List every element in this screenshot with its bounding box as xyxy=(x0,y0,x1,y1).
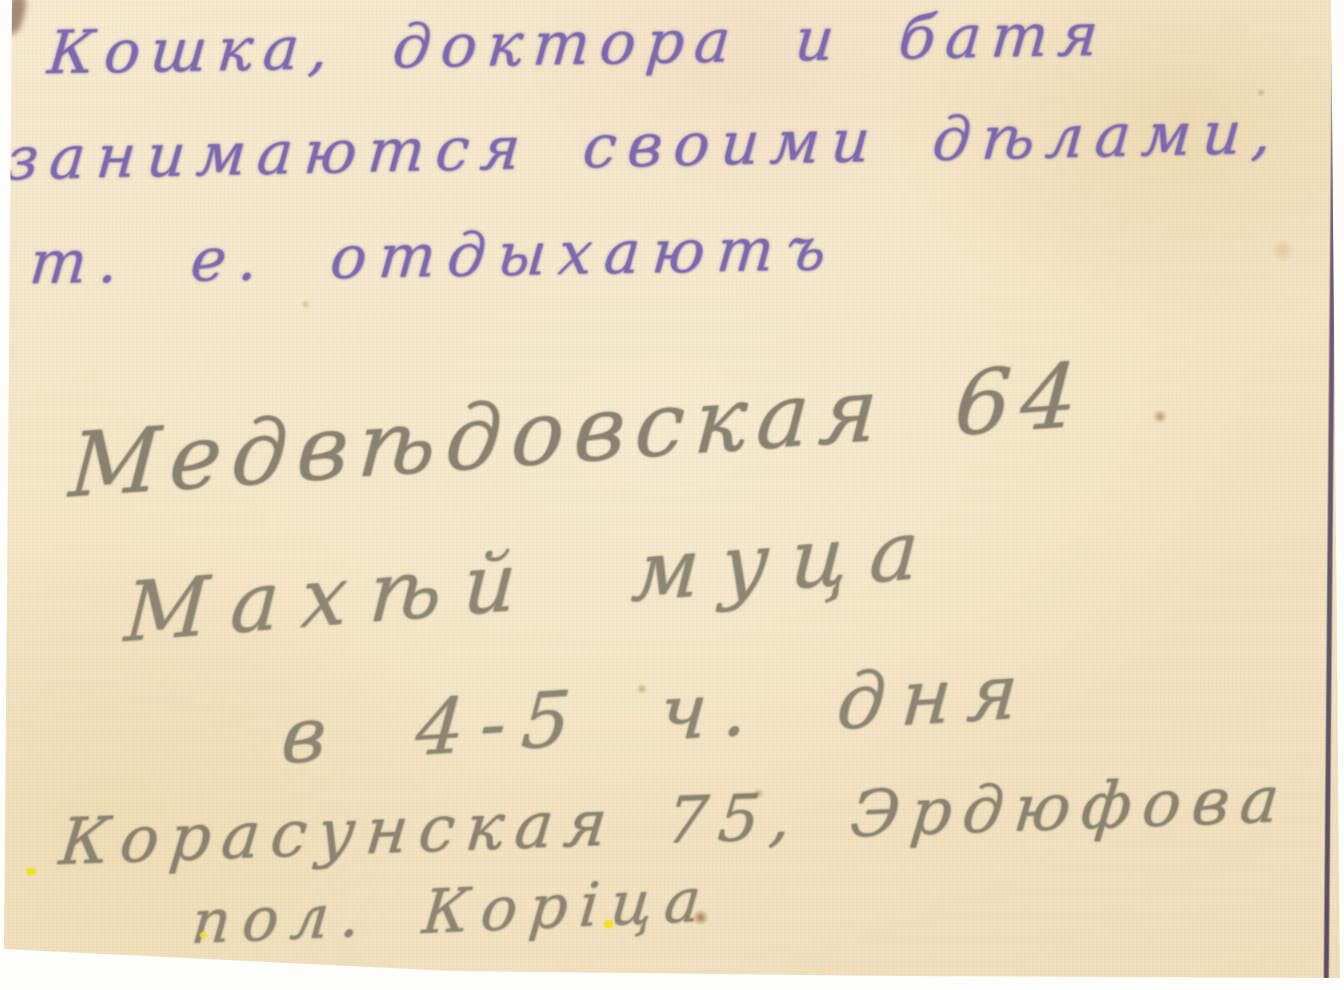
pencil-note-line-4: Корасунская 75, Эрдюфова xyxy=(56,763,1293,880)
yellow-speck xyxy=(26,868,36,875)
paper-stain xyxy=(1152,410,1168,423)
violet-note-line-2: занимаются своими дѣлами, xyxy=(3,97,1285,194)
pencil-note-line-5: пол. Коріца xyxy=(189,865,716,958)
aged-paper-card: Кошка, доктора и батя занимаются своими … xyxy=(0,0,1344,990)
paper-stain xyxy=(300,300,311,309)
pencil-note-line-2: Махѣй муца xyxy=(122,501,943,661)
scanned-postcard-back: Кошка, доктора и батя занимаются своими … xyxy=(0,0,1344,990)
pencil-note-line-1: Медвѣдовская 64 xyxy=(66,343,1090,518)
card-edge-line xyxy=(1324,0,1338,990)
paper-stain xyxy=(1270,240,1296,262)
pencil-note-line-3: в 4-5 ч. дня xyxy=(278,646,1037,782)
violet-note-line-1: Кошка, доктора и батя xyxy=(45,0,1111,88)
violet-note-line-3: т. е. отдыхаютъ xyxy=(27,214,841,298)
paper-stain xyxy=(1256,88,1266,97)
corner-shadow xyxy=(1,0,28,36)
